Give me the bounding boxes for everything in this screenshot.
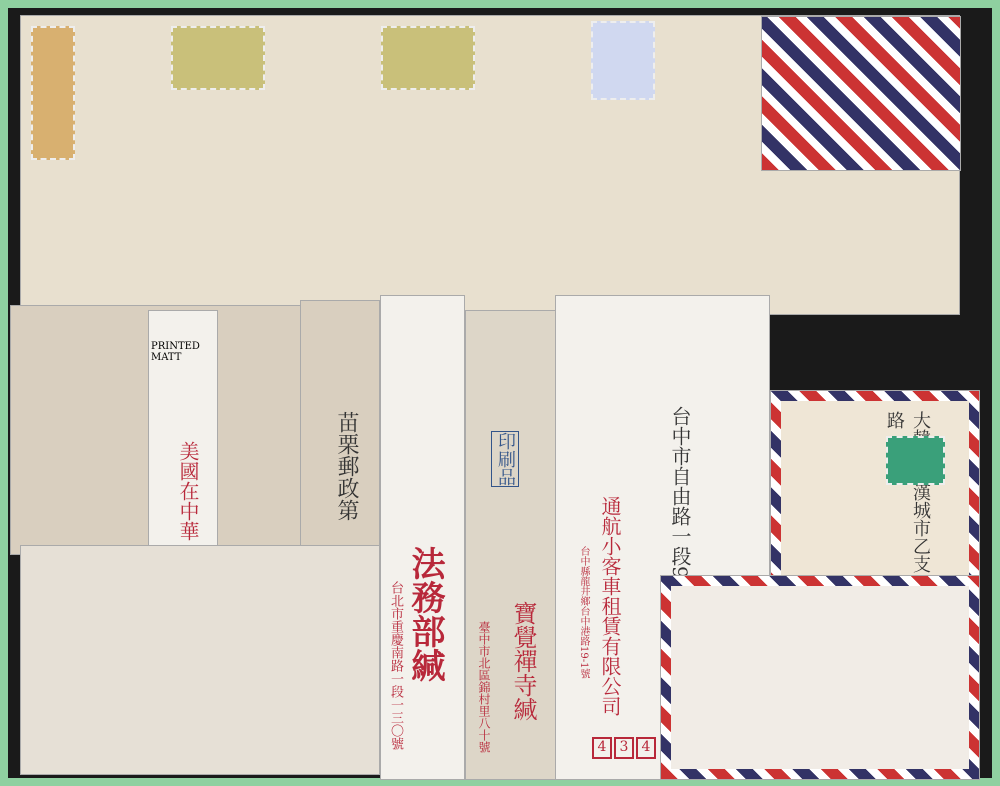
sender-name: 通航小客車租賃有限公司 bbox=[596, 496, 625, 716]
zip-digit: 4 bbox=[636, 737, 656, 759]
recipient-address: 台中市自由路一段91 bbox=[666, 406, 695, 591]
cover-stack-top bbox=[20, 15, 960, 315]
cover-text-miaoli: 苗栗郵政第 bbox=[331, 411, 362, 521]
sender-address: 台北市重慶南路一段一三〇號 bbox=[386, 581, 405, 750]
zip-digit: 4 bbox=[592, 737, 612, 759]
printed-matter-mark: 印刷品 bbox=[491, 431, 519, 487]
sender-name: 寶覺禪寺緘 bbox=[506, 601, 541, 721]
printed-matter-label: PRINTED MATT bbox=[151, 341, 217, 363]
sender-name: 法務部緘 bbox=[401, 546, 450, 682]
zip-digit: 3 bbox=[614, 737, 634, 759]
cover-text-us: 美國在中華 bbox=[174, 441, 203, 541]
sender-address: 台中縣龍井鄉台中港路19-1號 bbox=[576, 546, 591, 678]
sender-address: 臺中市北區錦村里八十號 bbox=[476, 621, 493, 753]
